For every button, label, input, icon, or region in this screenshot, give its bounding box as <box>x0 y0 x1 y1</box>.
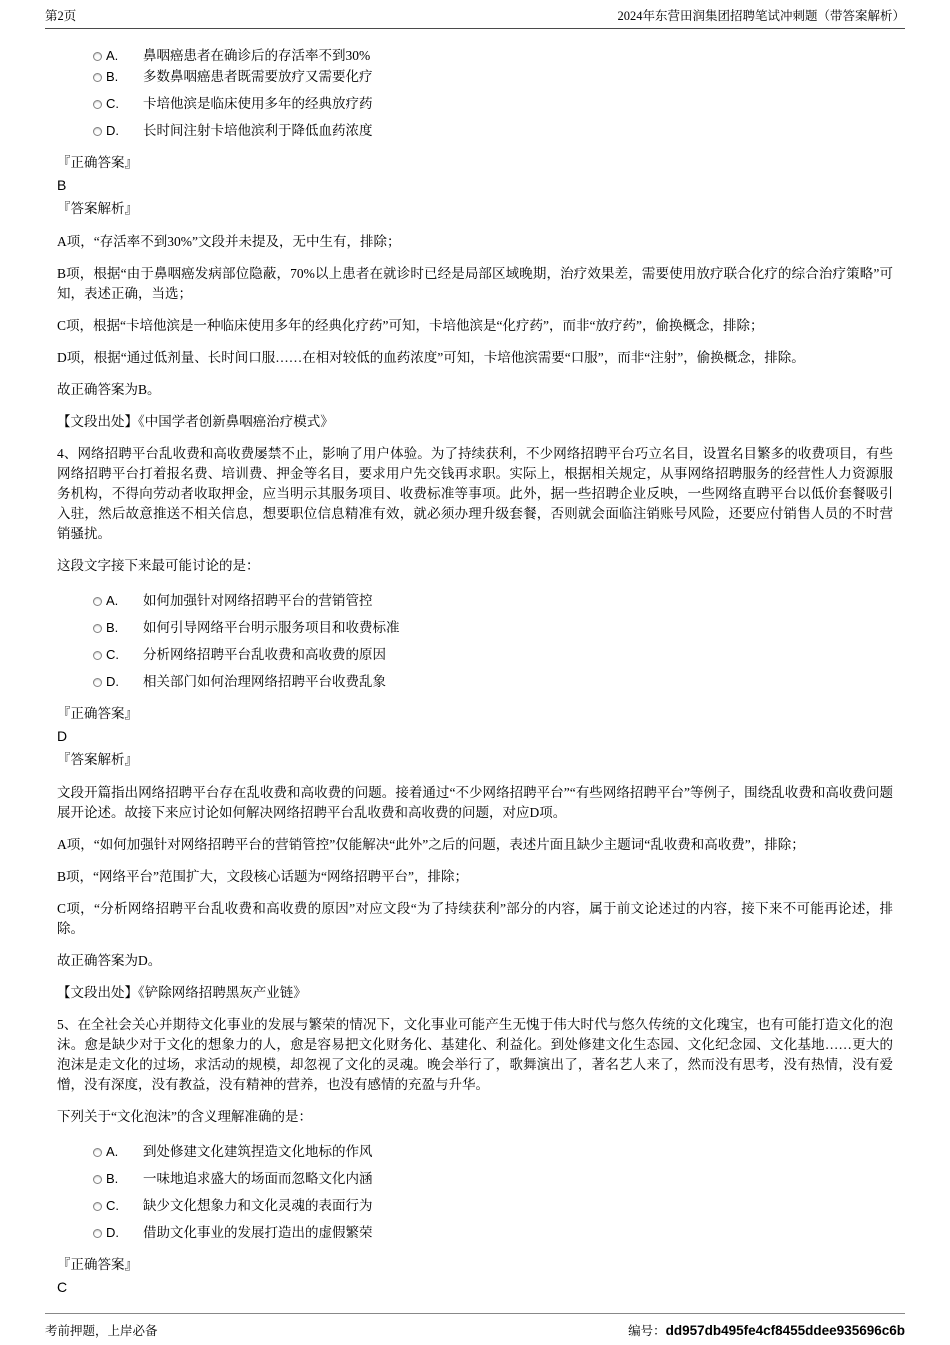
option-text: 到处修建文化建筑捏造文化地标的作风 <box>143 1142 373 1162</box>
option-letter: B. <box>106 1169 143 1189</box>
radio-button-icon[interactable] <box>93 1229 102 1238</box>
option-text: 如何引导网络平台明示服务项目和收费标准 <box>143 618 400 638</box>
analysis-paragraph: A项，“存活率不到30%”文段并未提及，无中生有，排除； <box>57 232 893 252</box>
option-text: 卡培他滨是临床使用多年的经典放疗药 <box>143 94 373 114</box>
option-text: 缺少文化想象力和文化灵魂的表面行为 <box>143 1196 373 1216</box>
option-text: 相关部门如何治理网络招聘平台收费乱象 <box>143 672 386 692</box>
page-header: 第2页 2024年东营田润集团招聘笔试冲刺题（带答案解析） <box>45 8 905 29</box>
code-label: 编号： <box>628 1321 666 1339</box>
code-value: dd957db495fe4cf8455ddee935696c6b <box>666 1323 905 1338</box>
radio-button-icon[interactable] <box>93 597 102 606</box>
source-reference: 【文段出处】《中国学者创新鼻咽癌治疗模式》 <box>57 412 893 432</box>
analysis-paragraph: D项，根据“通过低剂量、长时间口服……在相对较低的血药浓度”可知，卡培他滨需要“… <box>57 348 893 368</box>
option-letter: D. <box>106 1223 143 1243</box>
option-row-d[interactable]: D. 相关部门如何治理网络招聘平台收费乱象 <box>93 672 893 692</box>
document-page: 第2页 2024年东营田润集团招聘笔试冲刺题（带答案解析） A. 鼻咽癌患者在确… <box>0 0 950 1345</box>
radio-button-icon[interactable] <box>93 624 102 633</box>
analysis-paragraph: B项，根据“由于鼻咽癌发病部位隐蔽，70%以上患者在就诊时已经是局部区域晚期，治… <box>57 264 893 304</box>
option-row-b[interactable]: B. 一味地追求盛大的场面而忽略文化内涵 <box>93 1169 893 1189</box>
option-text: 如何加强针对网络招聘平台的营销管控 <box>143 591 373 611</box>
radio-button-icon[interactable] <box>93 127 102 136</box>
option-letter: C. <box>106 645 143 665</box>
correct-answer-value: C <box>57 1276 893 1299</box>
analysis-paragraph: C项，“分析网络招聘平台乱收费和高收费的原因”对应文段“为了持续获利”部分的内容… <box>57 899 893 939</box>
radio-button-icon[interactable] <box>93 100 102 109</box>
option-letter: C. <box>106 94 143 114</box>
question3-options: A. 鼻咽癌患者在确诊后的存活率不到30% B. 多数鼻咽癌患者既需要放疗又需要… <box>93 46 893 141</box>
source-reference: 【文段出处】《铲除网络招聘黑灰产业链》 <box>57 983 893 1003</box>
option-letter: D. <box>106 672 143 692</box>
conclusion-text: 故正确答案为B。 <box>57 380 893 400</box>
option-letter: A. <box>106 46 143 66</box>
answer-analysis-label: 『答案解析』 <box>57 197 893 220</box>
radio-button-icon[interactable] <box>93 651 102 660</box>
option-letter: C. <box>106 1196 143 1216</box>
radio-button-icon[interactable] <box>93 73 102 82</box>
option-letter: A. <box>106 591 143 611</box>
option-text: 鼻咽癌患者在确诊后的存活率不到30% <box>143 46 370 66</box>
option-row-c[interactable]: C. 卡培他滨是临床使用多年的经典放疗药 <box>93 94 893 114</box>
radio-button-icon[interactable] <box>93 678 102 687</box>
option-letter: A. <box>106 1142 143 1162</box>
correct-answer-value: B <box>57 174 893 197</box>
footer-document-code: 编号： dd957db495fe4cf8455ddee935696c6b <box>628 1321 905 1339</box>
page-footer: 考前押题，上岸必备 编号： dd957db495fe4cf8455ddee935… <box>45 1313 905 1339</box>
option-row-a[interactable]: A. 到处修建文化建筑捏造文化地标的作风 <box>93 1142 893 1162</box>
page-number: 第2页 <box>45 8 76 24</box>
footer-tagline: 考前押题，上岸必备 <box>45 1321 158 1339</box>
document-title: 2024年东营田润集团招聘笔试冲刺题（带答案解析） <box>617 8 905 24</box>
radio-button-icon[interactable] <box>93 1175 102 1184</box>
analysis-paragraph: A项，“如何加强针对网络招聘平台的营销管控”仅能解决“此外”之后的问题，表述片面… <box>57 835 893 855</box>
analysis-paragraph: 文段开篇指出网络招聘平台存在乱收费和高收费的问题。接着通过“不少网络招聘平台”“… <box>57 783 893 823</box>
correct-answer-value: D <box>57 725 893 748</box>
question5-options: A. 到处修建文化建筑捏造文化地标的作风 B. 一味地追求盛大的场面而忽略文化内… <box>93 1142 893 1243</box>
question4-options: A. 如何加强针对网络招聘平台的营销管控 B. 如何引导网络平台明示服务项目和收… <box>93 591 893 692</box>
option-text: 一味地追求盛大的场面而忽略文化内涵 <box>143 1169 373 1189</box>
correct-answer-label: 『正确答案』 <box>57 702 893 725</box>
radio-button-icon[interactable] <box>93 1148 102 1157</box>
option-row-a[interactable]: A. 如何加强针对网络招聘平台的营销管控 <box>93 591 893 611</box>
question4-stem: 4、网络招聘平台乱收费和高收费屡禁不止，影响了用户体验。为了持续获利，不少网络招… <box>57 444 893 544</box>
option-row-b[interactable]: B. 如何引导网络平台明示服务项目和收费标准 <box>93 618 893 638</box>
option-row-c[interactable]: C. 分析网络招聘平台乱收费和高收费的原因 <box>93 645 893 665</box>
option-text: 长时间注射卡培他滨利于降低血药浓度 <box>143 121 373 141</box>
option-letter: B. <box>106 67 143 87</box>
option-row-d[interactable]: D. 借助文化事业的发展打造出的虚假繁荣 <box>93 1223 893 1243</box>
analysis-paragraph: C项，根据“卡培他滨是一种临床使用多年的经典化疗药”可知，卡培他滨是“化疗药”，… <box>57 316 893 336</box>
radio-button-icon[interactable] <box>93 1202 102 1211</box>
document-body: A. 鼻咽癌患者在确诊后的存活率不到30% B. 多数鼻咽癌患者既需要放疗又需要… <box>57 46 893 1299</box>
option-row-c[interactable]: C. 缺少文化想象力和文化灵魂的表面行为 <box>93 1196 893 1216</box>
question5-prompt: 下列关于“文化泡沫”的含义理解准确的是： <box>57 1107 893 1127</box>
option-text: 分析网络招聘平台乱收费和高收费的原因 <box>143 645 386 665</box>
question4-prompt: 这段文字接下来最可能讨论的是： <box>57 556 893 576</box>
answer-analysis-label: 『答案解析』 <box>57 748 893 771</box>
radio-button-icon[interactable] <box>93 52 102 61</box>
analysis-paragraph: B项，“网络平台”范围扩大，文段核心话题为“网络招聘平台”，排除； <box>57 867 893 887</box>
option-row-b[interactable]: B. 多数鼻咽癌患者既需要放疗又需要化疗 <box>93 67 893 87</box>
option-row-d[interactable]: D. 长时间注射卡培他滨利于降低血药浓度 <box>93 121 893 141</box>
question5-stem: 5、在全社会关心并期待文化事业的发展与繁荣的情况下，文化事业可能产生无愧于伟大时… <box>57 1015 893 1095</box>
option-letter: D. <box>106 121 143 141</box>
option-text: 多数鼻咽癌患者既需要放疗又需要化疗 <box>143 67 373 87</box>
conclusion-text: 故正确答案为D。 <box>57 951 893 971</box>
option-letter: B. <box>106 618 143 638</box>
option-text: 借助文化事业的发展打造出的虚假繁荣 <box>143 1223 373 1243</box>
correct-answer-label: 『正确答案』 <box>57 151 893 174</box>
option-row-a[interactable]: A. 鼻咽癌患者在确诊后的存活率不到30% <box>93 46 893 66</box>
correct-answer-label: 『正确答案』 <box>57 1253 893 1276</box>
